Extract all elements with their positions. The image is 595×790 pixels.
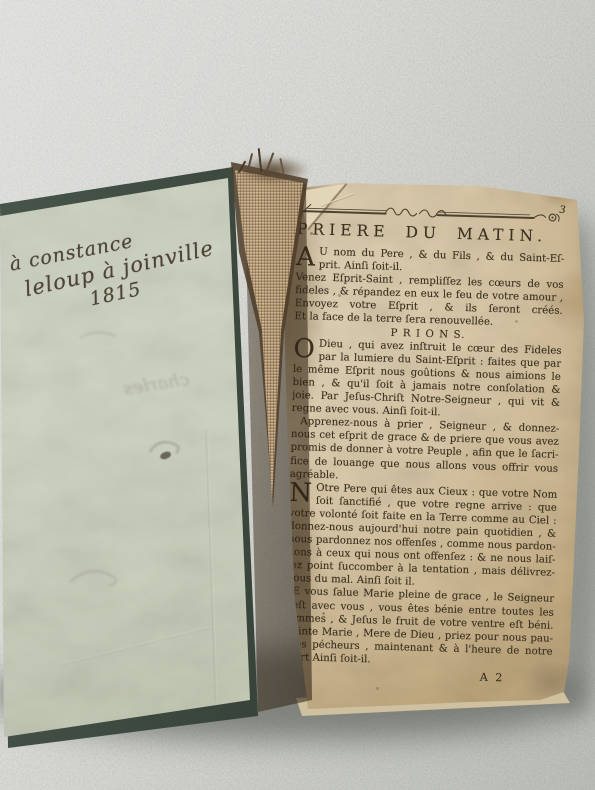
- page-content: 3 PRIERE DU MATIN. AU nom du Pere , & du…: [284, 198, 566, 686]
- signature-mark: A 2: [480, 671, 552, 686]
- prayer-paragraph: NOtre Pere qui êtes aux Cieux : que votr…: [287, 481, 558, 594]
- prayer-paragraph: JE vous ſalue Marie pleine de grace , le…: [284, 585, 554, 671]
- prayer-paragraph: Venez Eſprit-Saint , rempliſſez les cœur…: [294, 271, 563, 331]
- prayer-text: AU nom du Pere , & du Fils , & du Saint-…: [284, 245, 564, 672]
- prayer-paragraph: ODieu , qui avez inſtruit le cœur des Fi…: [292, 337, 562, 423]
- prayer-paragraph: Apprenez-nous à prier , Seigneur , & don…: [290, 415, 560, 488]
- photo-of-open-prayer-book: à constance leloup à joinville 1815 char…: [0, 0, 595, 790]
